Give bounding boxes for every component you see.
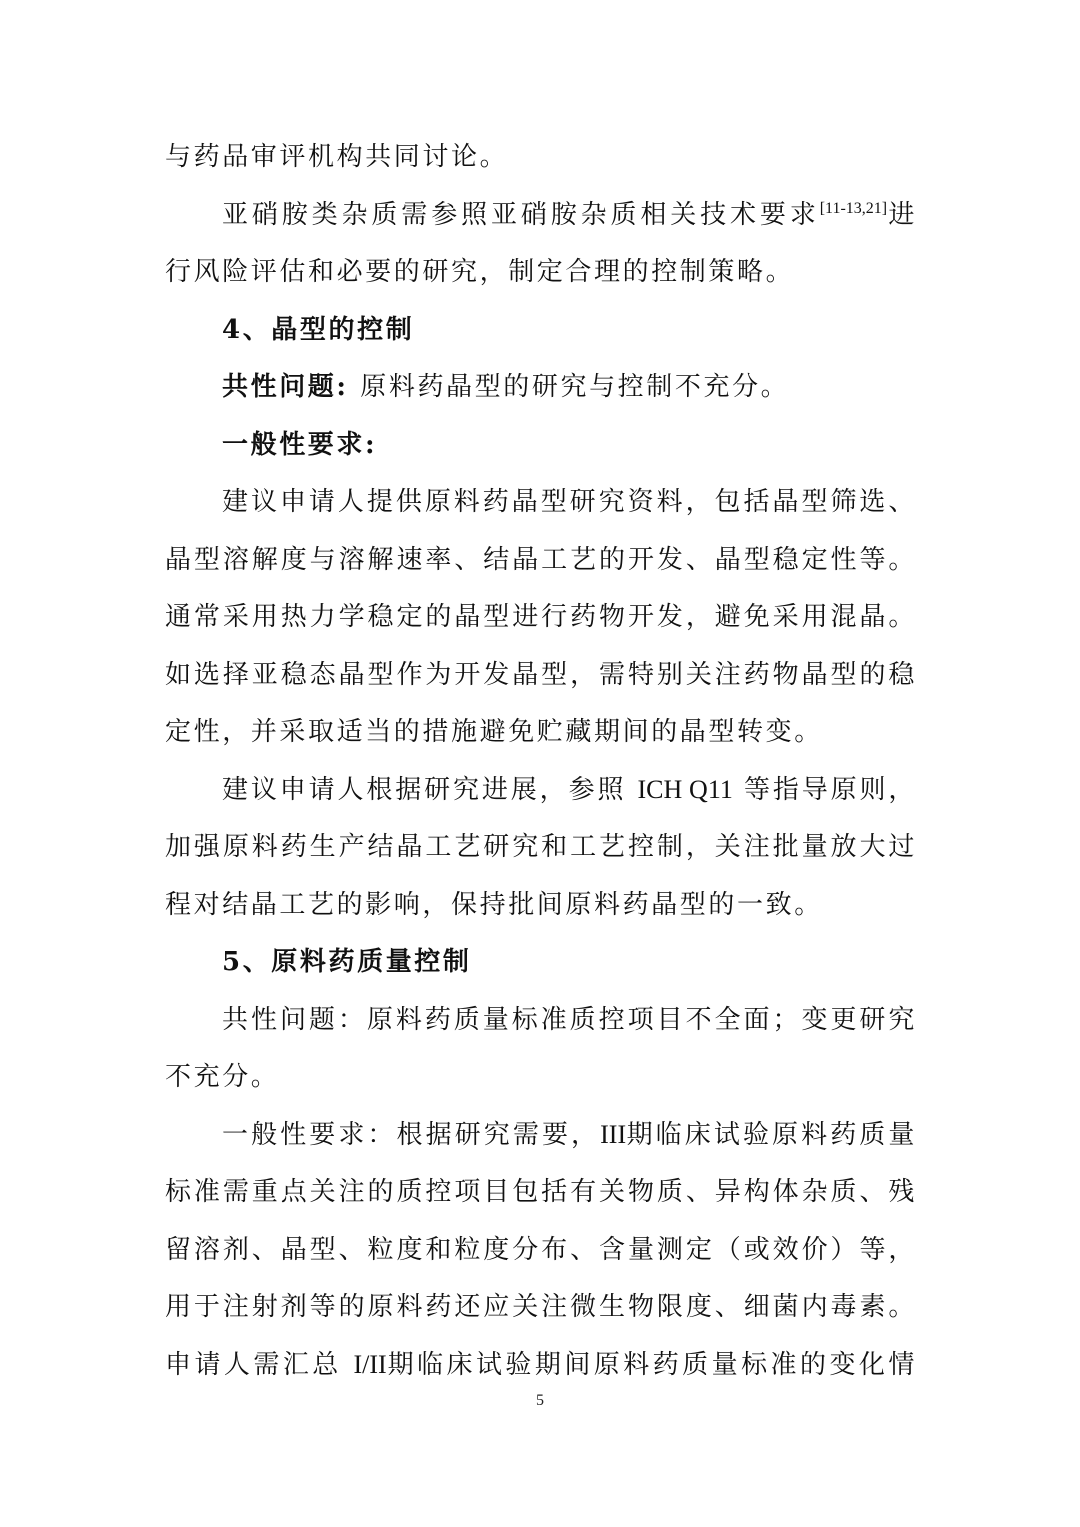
text: 建议申请人根据研究进展，参照 (222, 775, 637, 805)
document-page: 与药品审评机构共同讨论。 亚硝胺类杂质需参照亚硝胺杂质相关技术要求[11-13,… (0, 0, 1080, 1527)
heading-text: 5、原料药质量控制 (222, 947, 472, 977)
label-common-issue: 共性问题 (222, 372, 336, 402)
text: 进 (887, 200, 917, 230)
general-requirement-heading: 一般性要求: (222, 425, 917, 465)
paragraph-line: 通常采用热力学稳定的晶型进行药物开发，避免采用混晶。 (165, 597, 917, 637)
paragraph-line: 如选择亚稳态晶型作为开发晶型，需特别关注药物晶型的稳 (165, 655, 917, 695)
text: 留溶剂、晶型、粒度和粒度分布、含量测定（或效价）等， (165, 1235, 917, 1265)
guideline-reference: ICH Q11 (637, 775, 732, 804)
text: 用于注射剂等的原料药还应关注微生物限度、细菌内毒素。 (165, 1292, 917, 1322)
text: 定性，并采取适当的措施避免贮藏期间的晶型转变。 (165, 717, 823, 747)
text: 如选择亚稳态晶型作为开发晶型，需特别关注药物晶型的稳 (165, 660, 917, 690)
text: 不充分。 (165, 1062, 279, 1092)
text: 建议申请人提供原料药晶型研究资料，包括晶型筛选、 (222, 487, 917, 517)
paragraph-line: 建议申请人根据研究进展，参照 ICH Q11 等指导原则， (222, 770, 917, 810)
text: 标准需重点关注的质控项目包括有关物质、异构体杂质、残 (165, 1177, 917, 1207)
text: 申请人需汇总 (165, 1350, 354, 1380)
paragraph-line: 申请人需汇总 I/II期临床试验期间原料药质量标准的变化情 (165, 1345, 917, 1385)
section-heading-5: 5、原料药质量控制 (222, 942, 917, 982)
text: 晶型溶解度与溶解速率、结晶工艺的开发、晶型稳定性等。 (165, 545, 917, 575)
paragraph-line: 行风险评估和必要的研究，制定合理的控制策略。 (165, 252, 917, 292)
paragraph-line: 定性，并采取适当的措施避免贮藏期间的晶型转变。 (165, 712, 917, 752)
page-number: 5 (0, 1392, 1080, 1410)
heading-text: 4、晶型的控制 (222, 315, 414, 345)
section-heading-4: 4、晶型的控制 (222, 310, 917, 350)
common-issue-line: 共性问题: 原料药晶型的研究与控制不充分。 (222, 367, 917, 407)
text: 通常采用热力学稳定的晶型进行药物开发，避免采用混晶。 (165, 602, 917, 632)
colon: : (365, 430, 377, 460)
paragraph-line: 不充分。 (165, 1057, 917, 1097)
text: 原料药晶型的研究与控制不充分。 (360, 372, 789, 402)
phase-numeral: I/II (354, 1350, 387, 1379)
text: 等指导原则， (733, 775, 917, 805)
text: 程对结晶工艺的影响，保持批间原料药晶型的一致。 (165, 890, 823, 920)
text: 与药品审评机构共同讨论。 (165, 142, 508, 172)
paragraph-line: 用于注射剂等的原料药还应关注微生物限度、细菌内毒素。 (165, 1287, 917, 1327)
text: 共性问题：原料药质量标准质控项目不全面；变更研究 (222, 1005, 917, 1035)
paragraph-line: 一般性要求：根据研究需要，III期临床试验原料药质量 (222, 1115, 917, 1155)
colon: : (336, 372, 360, 402)
paragraph-line: 加强原料药生产结晶工艺研究和工艺控制，关注批量放大过 (165, 827, 917, 867)
label-general-requirement: 一般性要求 (222, 430, 365, 460)
paragraph-line: 晶型溶解度与溶解速率、结晶工艺的开发、晶型稳定性等。 (165, 540, 917, 580)
text: 亚硝胺类杂质需参照亚硝胺杂质相关技术要求 (222, 200, 820, 230)
text: 行风险评估和必要的研究，制定合理的控制策略。 (165, 257, 794, 287)
paragraph-line: 建议申请人提供原料药晶型研究资料，包括晶型筛选、 (222, 482, 917, 522)
paragraph-line: 共性问题：原料药质量标准质控项目不全面；变更研究 (222, 1000, 917, 1040)
text: 加强原料药生产结晶工艺研究和工艺控制，关注批量放大过 (165, 832, 917, 862)
citation-reference: [11-13,21] (820, 200, 887, 217)
text: 一般性要求：根据研究需要， (222, 1120, 600, 1150)
paragraph-line: 与药品审评机构共同讨论。 (165, 137, 917, 177)
paragraph-line: 标准需重点关注的质控项目包括有关物质、异构体杂质、残 (165, 1172, 917, 1212)
paragraph-line: 亚硝胺类杂质需参照亚硝胺杂质相关技术要求[11-13,21]进 (222, 195, 917, 235)
phase-numeral: III (600, 1120, 626, 1149)
paragraph-line: 留溶剂、晶型、粒度和粒度分布、含量测定（或效价）等， (165, 1230, 917, 1270)
text: 期临床试验期间原料药质量标准的变化情 (387, 1350, 917, 1380)
text: 期临床试验原料药质量 (626, 1120, 917, 1150)
paragraph-line: 程对结晶工艺的影响，保持批间原料药晶型的一致。 (165, 885, 917, 925)
